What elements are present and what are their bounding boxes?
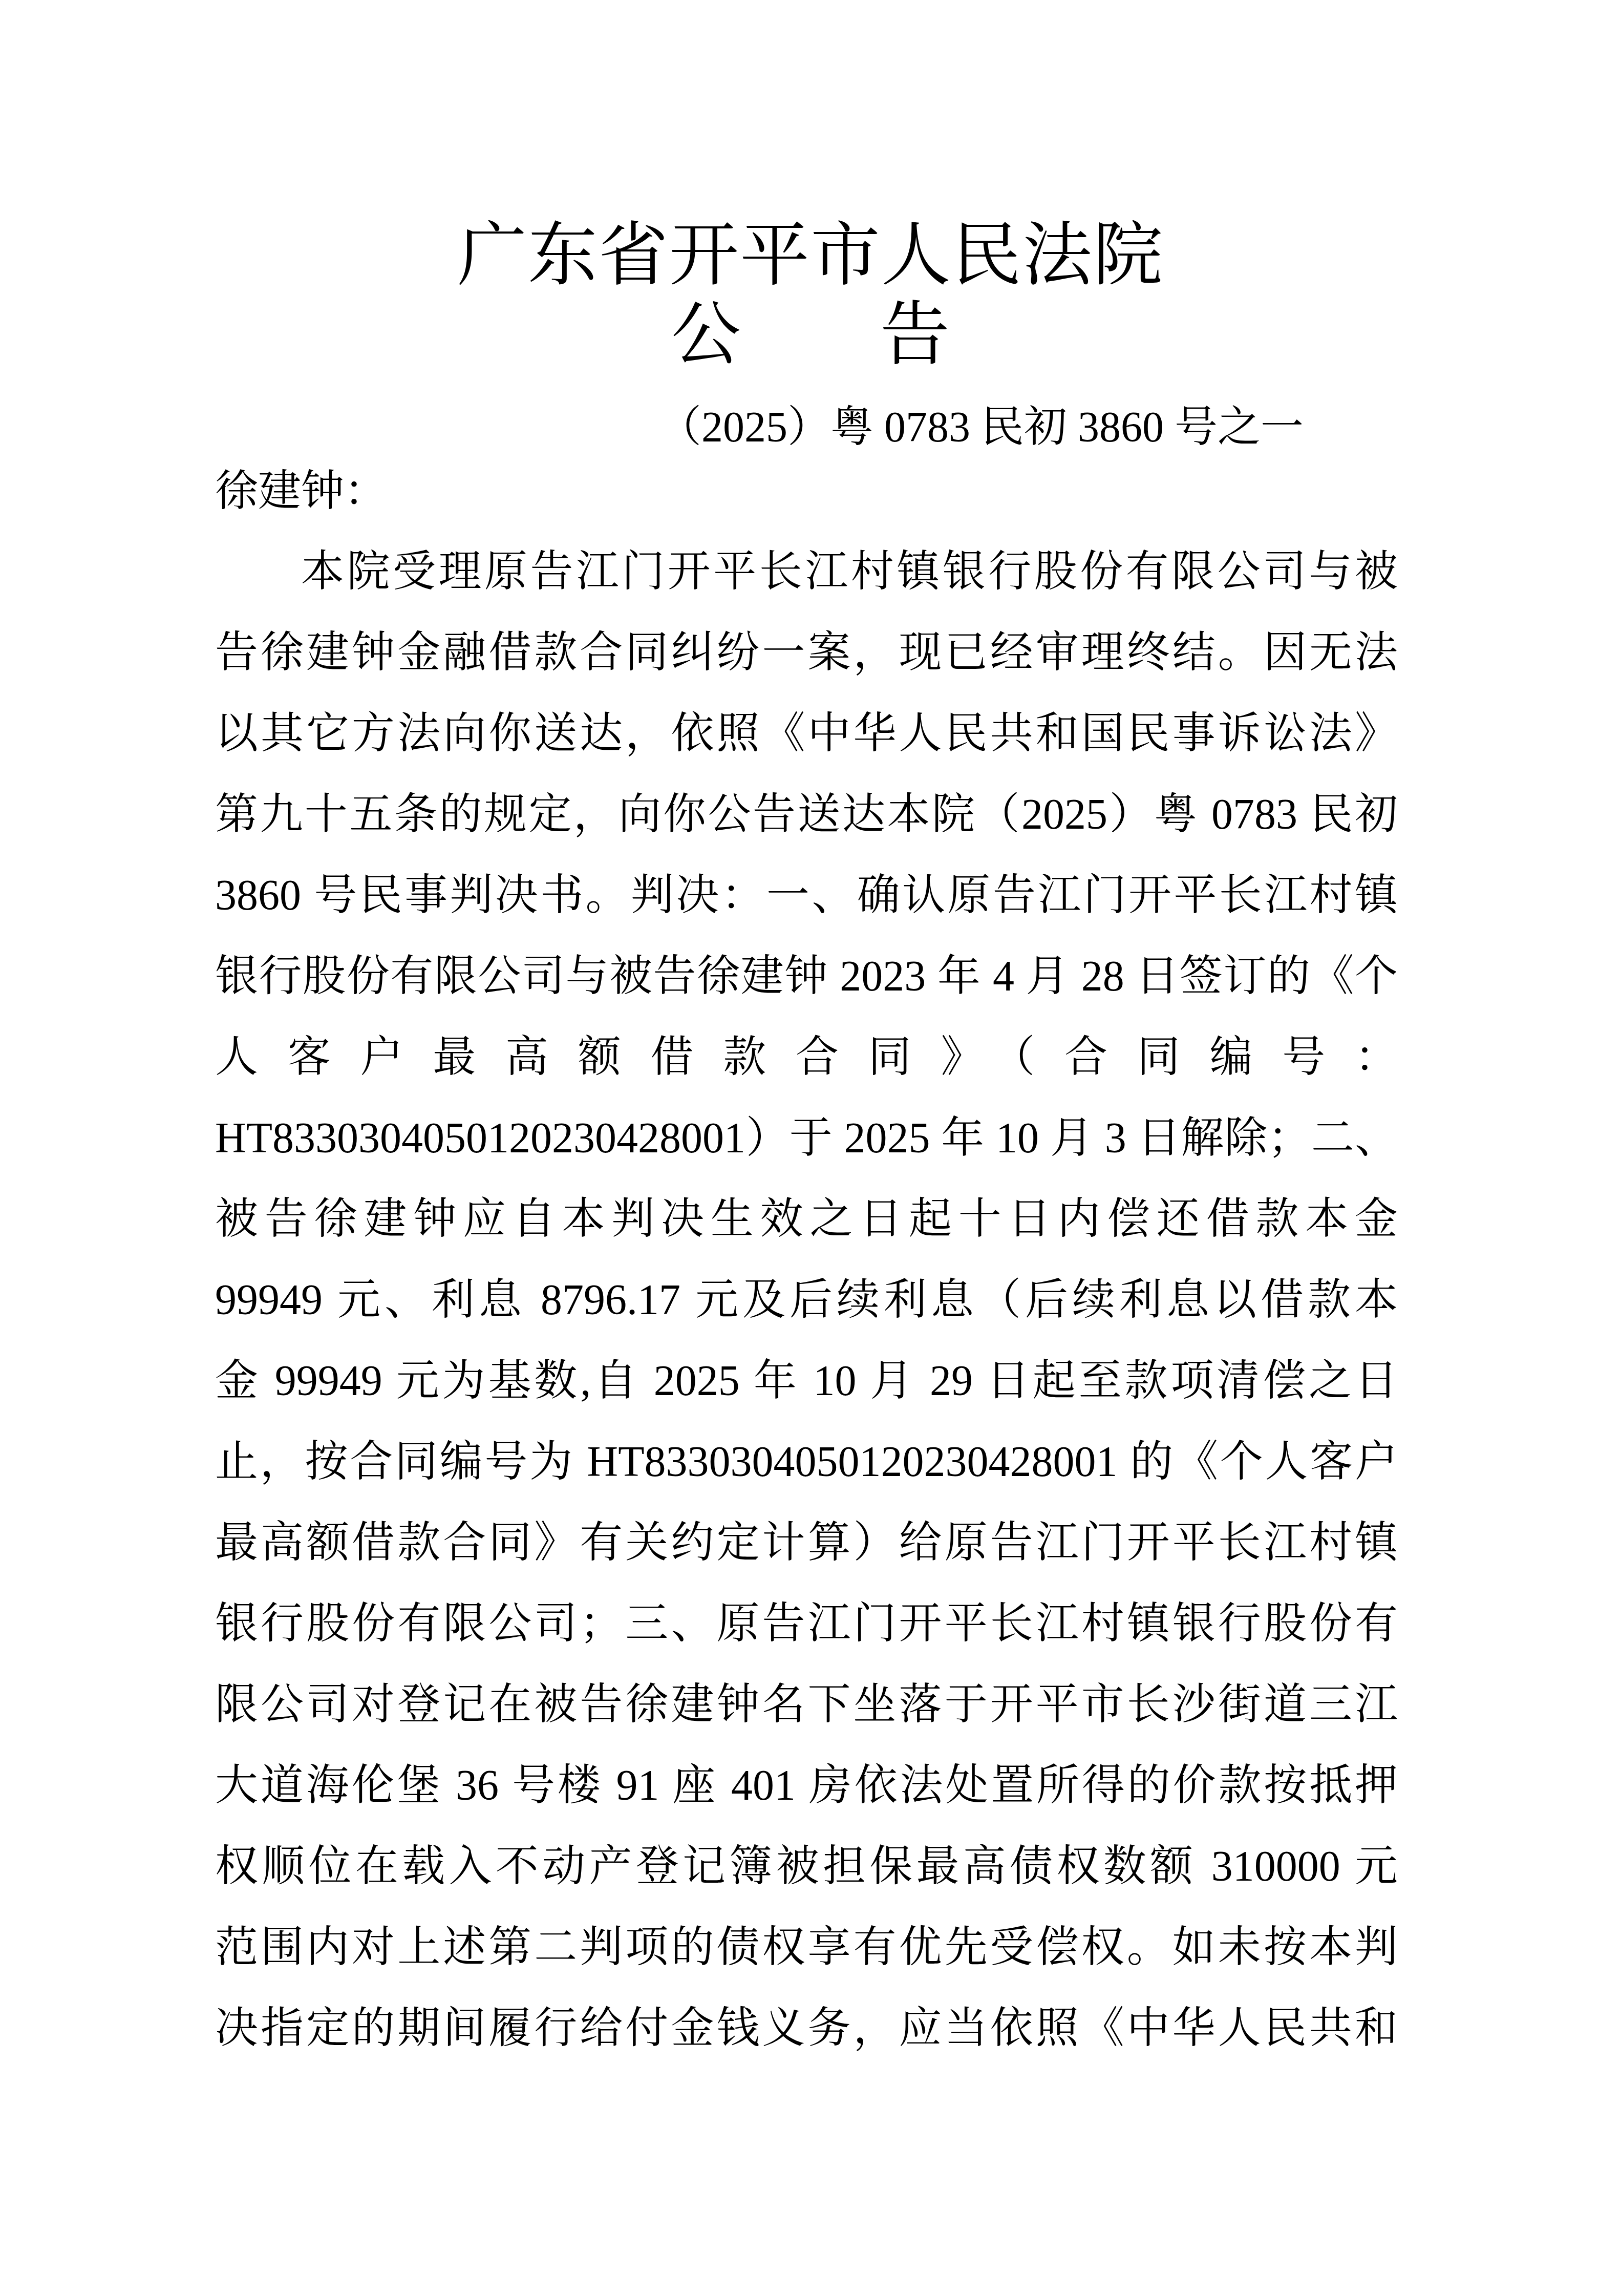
body-line: 99949 元、利息 8796.17 元及后续利息（后续利息以借款本	[215, 1260, 1398, 1341]
case-number: （2025）粤 0783 民初 3860 号之一	[658, 399, 1304, 456]
recipient-name: 徐建钟：	[215, 464, 387, 520]
body-line: 告徐建钟金融借款合同纠纷一案，现已经审理终结。因无法	[215, 613, 1398, 693]
announcement-body: 本院受理原告江门开平长江村镇银行股份有限公司与被 告徐建钟金融借款合同纠纷一案，…	[215, 532, 1398, 2069]
body-line: 3860 号民事判决书。判决：一、确认原告江门开平长江村镇	[215, 855, 1398, 936]
body-line: 银行股份有限公司与被告徐建钟 2023 年 4 月 28 日签订的《个	[215, 936, 1398, 1017]
body-line: 大道海伦堡 36 号楼 91 座 401 房依法处置所得的价款按抵押	[215, 1745, 1398, 1826]
body-line: 人客户最高额借款合同》（合同编号：	[215, 1017, 1398, 1098]
court-name-heading: 广东省开平市人民法院	[0, 218, 1621, 294]
body-line: 止，按合同编号为 HT8330304050120230428001 的《个人客户	[215, 1422, 1398, 1503]
body-line: 范围内对上述第二判项的债权享有优先受偿权。如未按本判	[215, 1907, 1398, 1988]
body-line: 权顺位在载入不动产登记簿被担保最高债权数额 310000 元	[215, 1826, 1398, 1907]
body-line: 金 99949 元为基数,自 2025 年 10 月 29 日起至款项清偿之日	[215, 1341, 1398, 1422]
body-line: 本院受理原告江门开平长江村镇银行股份有限公司与被	[215, 532, 1398, 613]
body-line: 银行股份有限公司；三、原告江门开平长江村镇银行股份有	[215, 1584, 1398, 1665]
body-line: HT8330304050120230428001）于 2025 年 10 月 3…	[215, 1098, 1398, 1179]
body-line: 最高额借款合同》有关约定计算）给原告江门开平长江村镇	[215, 1503, 1398, 1584]
body-line: 被告徐建钟应自本判决生效之日起十日内偿还借款本金	[215, 1179, 1398, 1260]
body-line: 限公司对登记在被告徐建钟名下坐落于开平市长沙街道三江	[215, 1665, 1398, 1745]
body-line: 以其它方法向你送达，依照《中华人民共和国民事诉讼法》	[215, 693, 1398, 774]
body-line: 第九十五条的规定，向你公告送达本院（2025）粤 0783 民初	[215, 774, 1398, 855]
body-line: 决指定的期间履行给付金钱义务，应当依照《中华人民共和	[215, 1988, 1398, 2069]
announcement-title: 公 告	[0, 294, 1621, 376]
document-page: 广东省开平市人民法院 公 告 （2025）粤 0783 民初 3860 号之一 …	[0, 0, 1621, 2296]
